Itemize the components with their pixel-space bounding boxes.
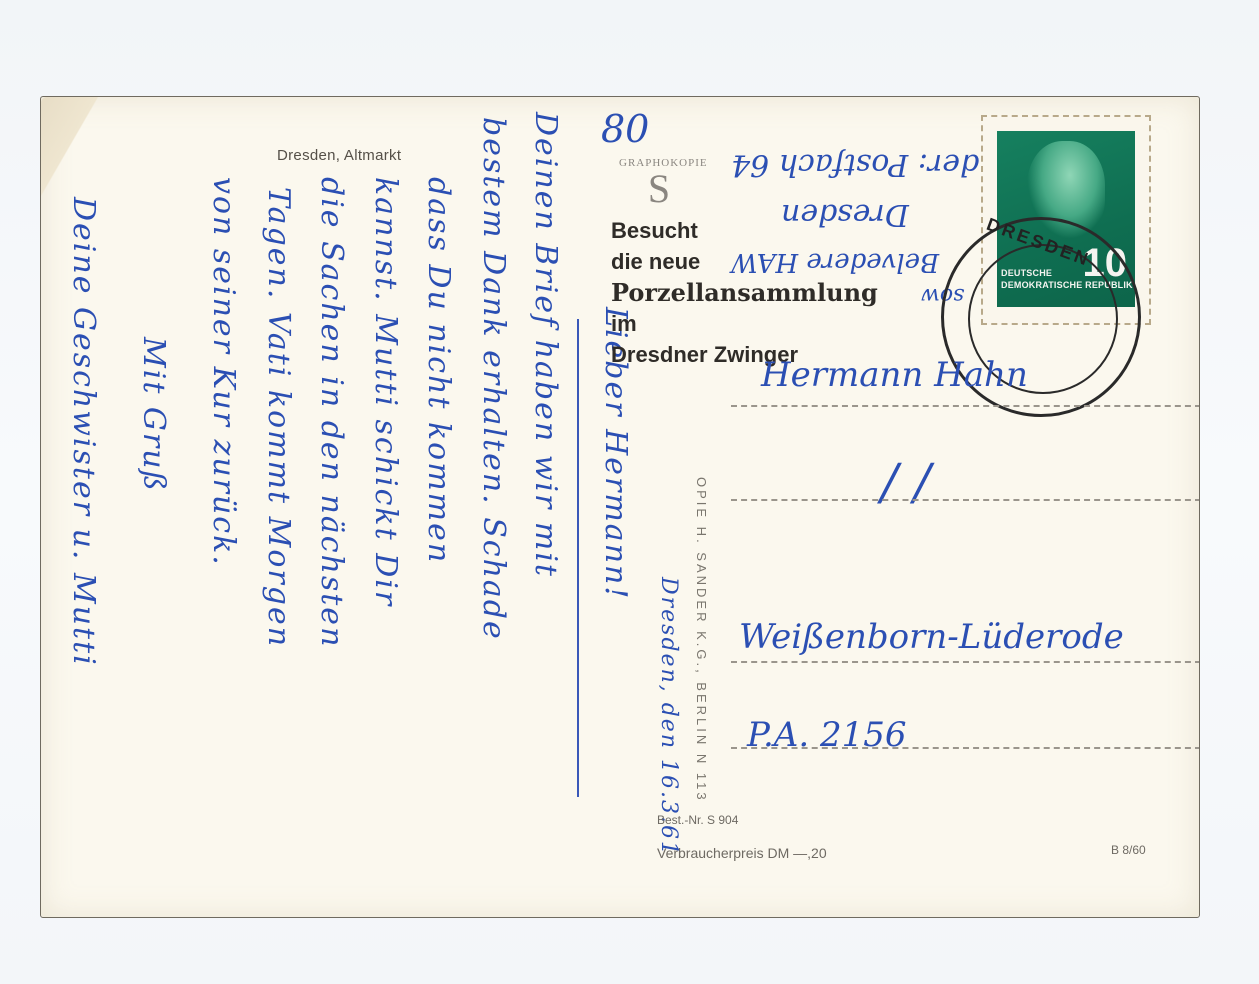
message-line: von seiner Kur zurück. <box>206 177 241 567</box>
address-line <box>731 747 1200 749</box>
slogan-line: Porzellansammlung <box>611 277 878 308</box>
slogan-line: im <box>611 308 878 339</box>
divider-line <box>577 319 579 797</box>
sender-line: Belvedere HAW <box>731 247 939 277</box>
slogan-cancellation: Besucht die neue Porzellansammlung im Dr… <box>611 215 878 370</box>
message-line: kannst. Mutti schickt Dir <box>368 177 403 607</box>
publisher-logo-letter: S <box>619 169 699 209</box>
picture-caption: Dresden, Altmarkt <box>277 147 401 164</box>
message-line: die Sachen in den nächsten <box>314 177 349 648</box>
message-line: Deinen Brief haben wir mit <box>528 112 563 578</box>
consumer-price: Verbraucherpreis DM —,20 <box>657 845 827 861</box>
postcard: Dresden, Altmarkt Deine Geschwister u. M… <box>40 96 1200 918</box>
address-name: Hermann Hahn <box>761 355 1028 395</box>
address-town: Weißenborn-Lüderode <box>739 617 1124 657</box>
sender-line: Dresden <box>781 197 909 232</box>
address-line <box>731 405 1200 407</box>
print-code: B 8/60 <box>1111 843 1146 857</box>
address-line <box>731 499 1200 501</box>
message-line: Tagen. Vati kommt Morgen <box>261 187 296 648</box>
message-line: dass Du nicht kommen <box>421 177 456 564</box>
address-line <box>731 661 1200 663</box>
pencil-note: 80 <box>601 107 649 151</box>
message-line-signature: Deine Geschwister u. Mutti <box>66 197 101 667</box>
publisher-imprint: OPIE H. SANDER K.G., BERLIN N 113 <box>694 477 709 803</box>
message-line-greeting: Mit Gruß <box>136 337 171 493</box>
order-number: Best.-Nr. S 904 <box>657 813 738 827</box>
message-line: bestem Dank erhalten. Schade <box>476 117 511 641</box>
address-postal: P.A. 2156 <box>747 715 907 755</box>
address-line2: / / <box>881 453 931 511</box>
